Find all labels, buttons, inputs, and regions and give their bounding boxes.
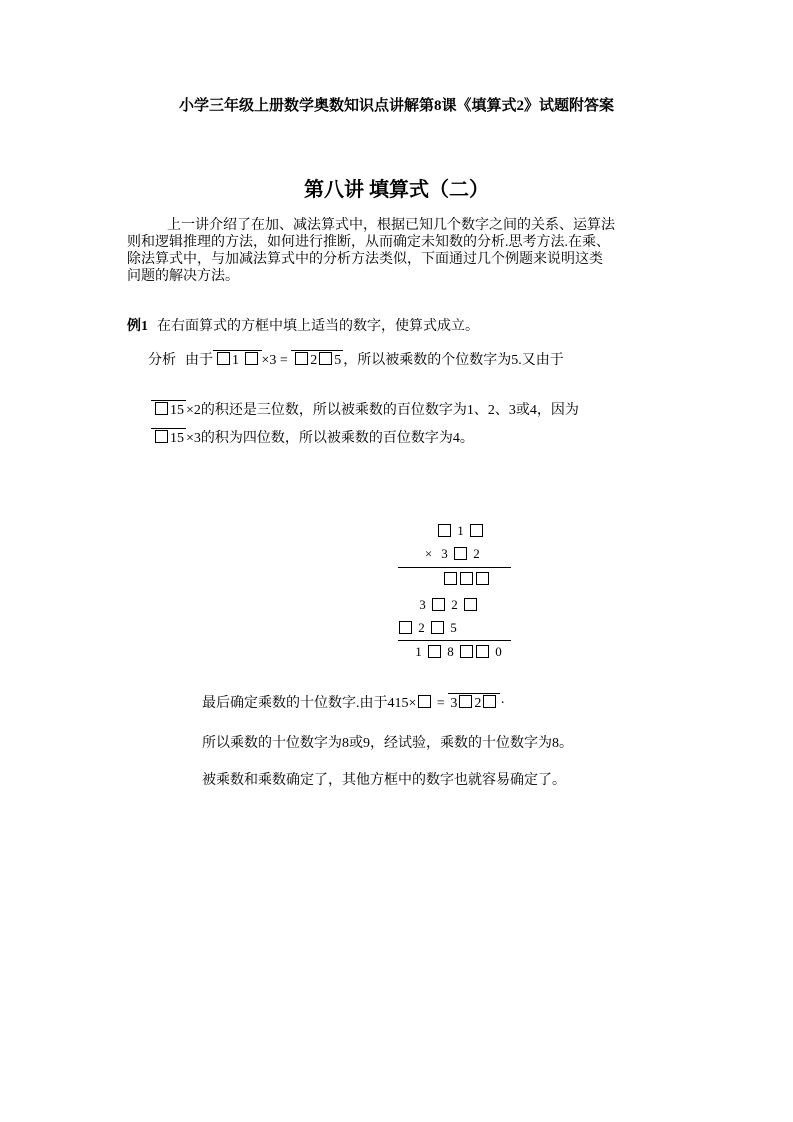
blank-box (295, 352, 308, 365)
section-heading: 第八讲 填算式（二） (0, 173, 793, 202)
intro-line: 除法算式中，与加减法算式中的分析方法类似，下面通过几个例题来说明这类 (127, 251, 727, 268)
digit: 8 (444, 645, 457, 658)
document-page: 小学三年级上册数学奥数知识点讲解第8课《填算式2》试题附答案 第八讲 填算式（二… (0, 0, 793, 1122)
partial-product-row-2: 32 (416, 598, 480, 612)
intro-paragraph: 上一讲介绍了在加、减法算式中，根据已知几个数字之间的关系、运算法 则和逻辑推理的… (127, 217, 727, 285)
blank-box (155, 402, 168, 415)
blank-box (470, 524, 483, 537)
conclusion-line-1: 最后确定乘数的十位数字.由于415× = 32· (202, 693, 505, 713)
multiplier-row: ×32 (422, 547, 486, 561)
digit: 1 (454, 524, 467, 537)
blank-box (438, 524, 451, 537)
partial-product-row-1 (444, 572, 492, 586)
blank-box (428, 645, 441, 658)
blank-box (418, 695, 431, 708)
overline-group: 32 (448, 693, 500, 713)
analysis-line-1: 分析由于1 ×3 = 25，所以被乘数的个位数字为5.又由于 (148, 350, 564, 370)
product-row: 180 (412, 645, 508, 659)
multiplicand-row: 1 (438, 524, 486, 538)
blank-box (245, 352, 258, 365)
digit: 1 (412, 645, 425, 658)
blank-box (483, 695, 496, 708)
intro-line: 则和逻辑推理的方法，如何进行推断，从而确定未知数的分析.思考方法.在乘、 (127, 234, 727, 251)
digit: 3 (438, 547, 451, 560)
conclusion-line-3: 被乘数和乘数确定了，其他方框中的数字也就容易确定了。 (202, 772, 566, 790)
blank-box (460, 572, 473, 585)
overline-group: 25 (291, 350, 343, 370)
analysis-expression-1: 由于1 ×3 = 25，所以被乘数的个位数字为5.又由于 (185, 353, 564, 368)
page-title: 小学三年级上册数学奥数知识点讲解第8课《填算式2》试题附答案 (0, 94, 793, 115)
digit: 0 (492, 645, 505, 658)
analysis-line-3: 15×3的积为四位数，所以被乘数的百位数字为4。 (151, 428, 474, 448)
overline-group: 15 (151, 400, 186, 420)
example1-line: 例1在右面算式的方框中填上适当的数字，使算式成立。 (127, 318, 479, 336)
example1-text: 在右面算式的方框中填上适当的数字，使算式成立。 (157, 319, 479, 334)
overline-group: 1 (213, 350, 262, 370)
rule-line-lower (398, 640, 511, 641)
overline-group: 15 (151, 428, 186, 448)
intro-line: 上一讲介绍了在加、减法算式中，根据已知几个数字之间的关系、运算法 (127, 217, 727, 234)
multiply-sign: × (422, 547, 435, 560)
digit: 2 (415, 621, 428, 634)
blank-box (444, 572, 457, 585)
conclusion-line-2: 所以乘数的十位数字为8或9，经试验，乘数的十位数字为8。 (202, 735, 573, 753)
digit: 2 (470, 547, 483, 560)
digit: 3 (416, 598, 429, 611)
blank-box (459, 695, 472, 708)
blank-box (476, 645, 489, 658)
rule-line-upper (398, 567, 511, 568)
example1-label: 例1 (127, 319, 148, 334)
digit: 2 (448, 598, 461, 611)
analysis-label: 分析 (148, 353, 176, 368)
blank-box (155, 430, 168, 443)
blank-box (217, 352, 230, 365)
partial-product-row-3: 25 (399, 621, 463, 635)
blank-box (432, 598, 445, 611)
blank-box (431, 621, 444, 634)
blank-box (476, 572, 489, 585)
blank-box (454, 547, 467, 560)
multiplication-diagram: 1 ×32 32 25 180 (398, 518, 512, 668)
blank-box (460, 645, 473, 658)
blank-box (319, 352, 332, 365)
blank-box (464, 598, 477, 611)
intro-line: 问题的解决方法。 (127, 268, 727, 285)
analysis-line-2: 15×2的积还是三位数，所以被乘数的百位数字为1、2、3或4，因为 (151, 400, 579, 420)
blank-box (399, 621, 412, 634)
digit: 5 (447, 621, 460, 634)
